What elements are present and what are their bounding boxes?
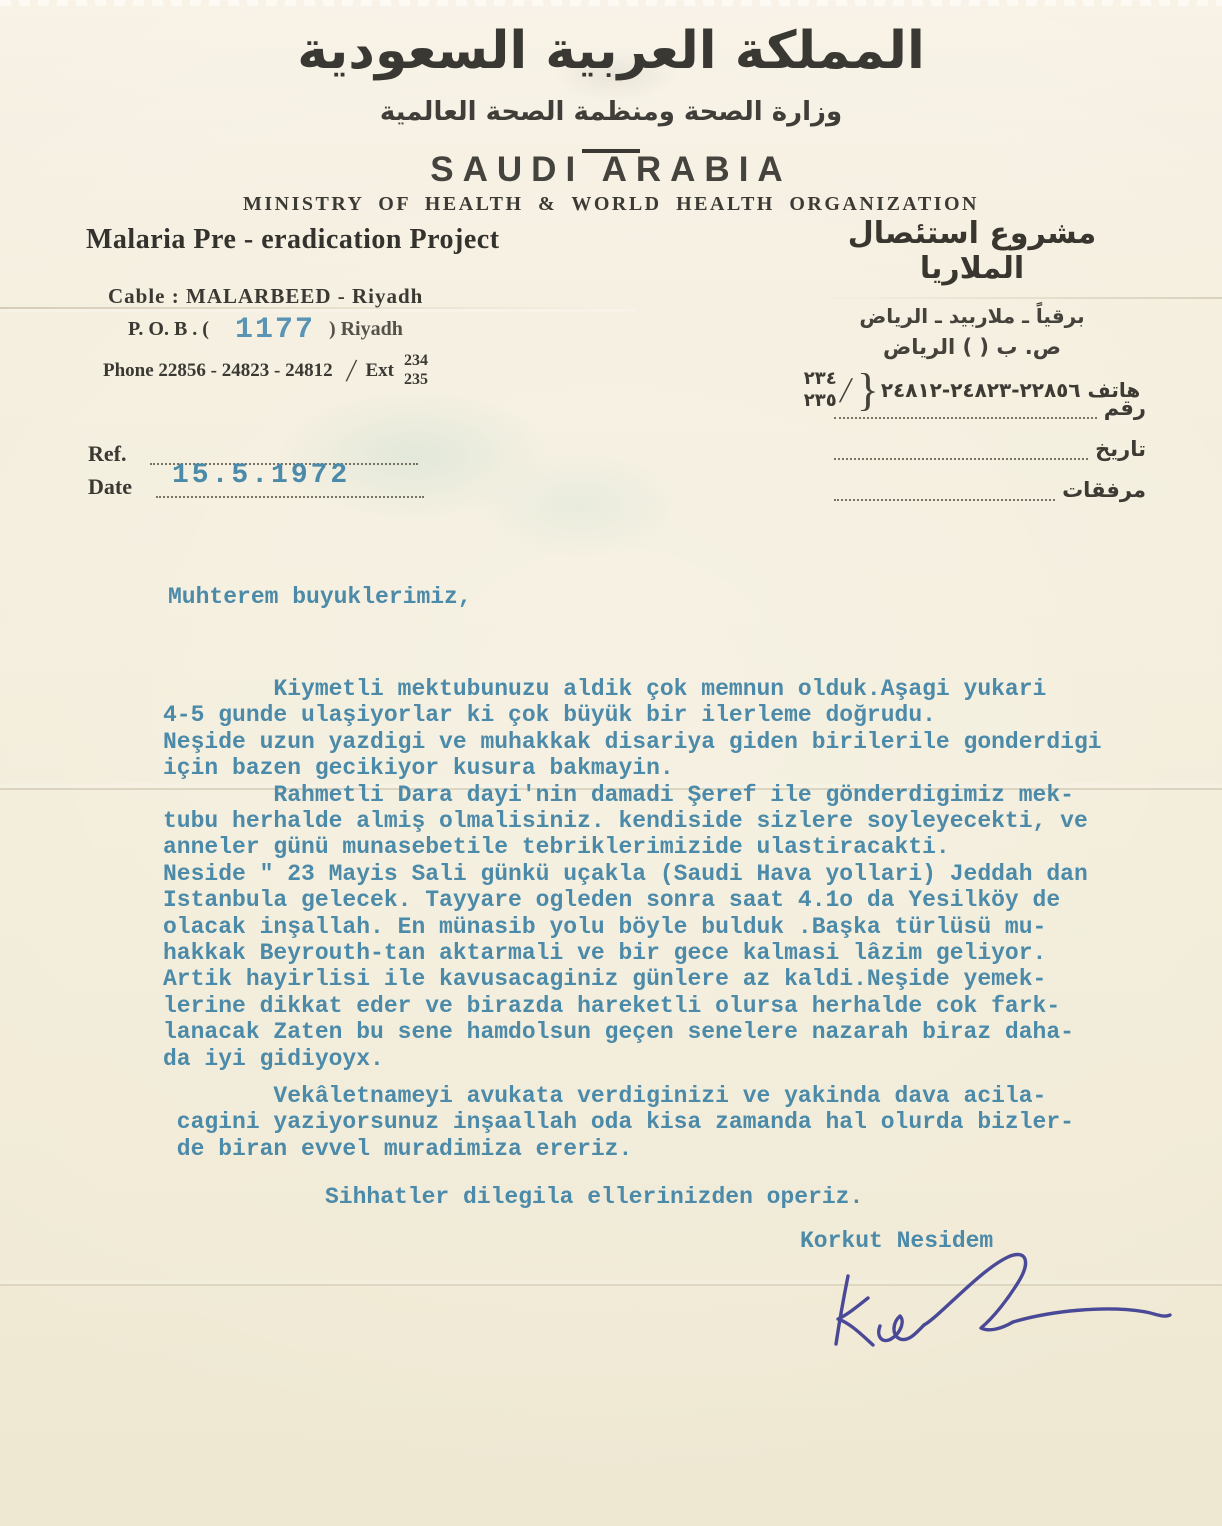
letter-line: için bazen gecikiyor kusura bakmayin. bbox=[163, 755, 1102, 781]
attachments-row: مرفقات bbox=[834, 480, 1146, 501]
salutation: Muhterem buyuklerimiz, bbox=[168, 584, 472, 610]
number-row: رقم bbox=[834, 398, 1146, 419]
letter-line: Kiymetli mektubunuzu aldik çok memnun ol… bbox=[163, 676, 1102, 702]
letter-line: lanacak Zaten bu sene hamdolsun geçen se… bbox=[163, 1019, 1102, 1045]
paper-torn-edge bbox=[0, 0, 1222, 6]
po-box-number: 1177 bbox=[235, 313, 315, 347]
letter-line: 4-5 gunde ulaşiyorlar ki çok büyük bir i… bbox=[163, 702, 1102, 728]
phone-line: Phone 22856 - 24823 - 24812 / Ext 234 23… bbox=[103, 352, 428, 389]
dotted-line bbox=[834, 483, 1055, 501]
letter-line: Rahmetli Dara dayi'nin damadi Şeref ile … bbox=[163, 782, 1102, 808]
dotted-line bbox=[834, 401, 1097, 419]
po-box-suffix: ) Riyadh bbox=[329, 318, 403, 340]
letter-line: hakkak Beyrouth-tan aktarmali ve bir gec… bbox=[163, 940, 1102, 966]
dotted-line bbox=[834, 442, 1088, 460]
ink-bleed-stain bbox=[430, 430, 730, 580]
phone-numbers: Phone 22856 - 24823 - 24812 bbox=[103, 360, 333, 382]
letter-paragraph-1: Kiymetli mektubunuzu aldik çok memnun ol… bbox=[163, 676, 1102, 1072]
po-box-arabic: ص. ب ( ) الرياض bbox=[794, 335, 1150, 359]
letter-line: Neside " 23 Mayis Sali günkü uçakla (Sau… bbox=[163, 861, 1102, 887]
ext-number-2: 235 bbox=[404, 371, 428, 389]
ref-label: Ref. bbox=[88, 443, 126, 465]
ext-number-2-arabic: ٢٣٥ bbox=[804, 390, 837, 412]
date-label: Date bbox=[88, 476, 132, 498]
letter-line: Artik hayirlisi ile kavusacaginiz günler… bbox=[163, 966, 1102, 992]
ext-numbers-arabic: ٢٣٤ ٢٣٥ bbox=[804, 368, 837, 411]
ext-label: Ext bbox=[365, 360, 394, 382]
scanned-letter-page: المملكة العربية السعودية وزارة الصحة ومن… bbox=[0, 0, 1222, 1526]
country-title: SAUDI ARABIA bbox=[0, 152, 1222, 187]
po-box-line: P. O. B . (1177) Riyadh bbox=[128, 313, 403, 347]
arabic-contact-block: مشروع استئصال الملاريا برقياً ـ ملاربيد … bbox=[794, 216, 1150, 413]
ext-number-1-arabic: ٢٣٤ bbox=[804, 368, 837, 390]
letter-line: anneler günü munasebetile tebriklerimizi… bbox=[163, 834, 1102, 860]
typed-date-value: 15.5.1972 bbox=[172, 460, 350, 491]
letter-line: tubu herhalde almiş olmalisiniz. kendisi… bbox=[163, 808, 1102, 834]
slash-glyph: / bbox=[344, 352, 358, 389]
letter-line: Neşide uzun yazdigi ve muhakkak disariya… bbox=[163, 729, 1102, 755]
closing-line: Sihhatler dilegila ellerinizden operiz. bbox=[325, 1184, 863, 1210]
letter-line: lerine dikkat eder ve birazda hareketli … bbox=[163, 993, 1102, 1019]
project-title-arabic: مشروع استئصال الملاريا bbox=[794, 216, 1150, 286]
letter-paragraph-2: Vekâletnameyi avukata verdiginizi ve yak… bbox=[163, 1083, 1074, 1162]
letter-line: olacak inşallah. En münasib yolu böyle b… bbox=[163, 914, 1102, 940]
kingdom-calligraphy: المملكة العربية السعودية bbox=[0, 18, 1222, 86]
po-box-prefix: P. O. B . ( bbox=[128, 318, 209, 340]
letter-line: da iyi gidiyoyx. bbox=[163, 1046, 1102, 1072]
cable-address: Cable : MALARBEED - Riyadh bbox=[108, 284, 423, 309]
date-label-arabic: تاريخ bbox=[1095, 439, 1146, 460]
project-title: Malaria Pre - eradication Project bbox=[86, 224, 500, 256]
letter-line: cagini yaziyorsunuz inşaallah oda kisa z… bbox=[163, 1109, 1074, 1135]
cable-address-arabic: برقياً ـ ملاربيد ـ الرياض bbox=[794, 304, 1150, 328]
letter-line: Vekâletnameyi avukata verdiginizi ve yak… bbox=[163, 1083, 1074, 1109]
handwritten-signature bbox=[828, 1248, 1178, 1353]
letter-line: de biran evvel muradimiza ereriz. bbox=[163, 1136, 1074, 1162]
number-label-arabic: رقم bbox=[1104, 398, 1146, 419]
arabic-form-rows: رقم تاريخ مرفقات bbox=[834, 398, 1146, 521]
attachments-label-arabic: مرفقات bbox=[1062, 480, 1146, 501]
ministry-english-line: MINISTRY OF HEALTH & WORLD HEALTH ORGANI… bbox=[0, 193, 1222, 216]
letter-line: Istanbula gelecek. Tayyare ogleden sonra… bbox=[163, 887, 1102, 913]
ext-numbers: 234 235 bbox=[404, 352, 428, 389]
ministry-arabic-line: وزارة الصحة ومنظمة الصحة العالمية bbox=[0, 97, 1222, 127]
ext-number-1: 234 bbox=[404, 352, 428, 370]
date-row-arabic: تاريخ bbox=[834, 439, 1146, 460]
